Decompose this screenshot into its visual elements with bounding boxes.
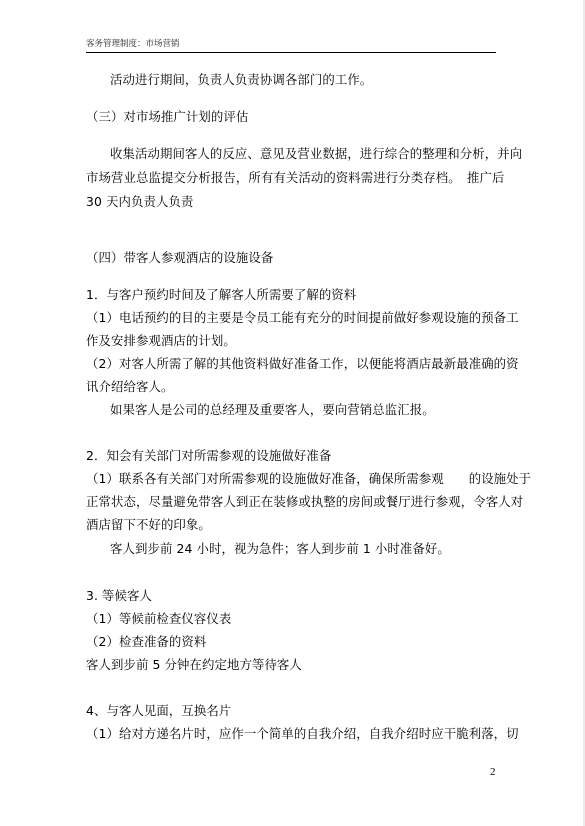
paragraph-line: 客人到步前 5 分钟在约定地方等待客人 <box>86 657 498 673</box>
paragraph-line: 客人到步前 24 小时，视为急件；客人到步前 1 小时准备好。 <box>110 541 522 557</box>
paragraph-line: 活动进行期间，负责人负责协调各部门的工作。 <box>110 72 522 88</box>
paragraph-line: 如果客人是公司的总经理及重要客人，要向营销总监汇报。 <box>110 402 522 418</box>
subsection-heading: 2．知会有关部门对所需参观的设施做好准备 <box>86 448 498 464</box>
section-heading: （三）对市场推广计划的评估 <box>86 109 498 125</box>
paragraph-line: 正常状态，尽量避免带客人到正在装修或执整的房间或餐厅进行参观，令客人对 <box>86 494 498 510</box>
subsection-heading: 1．与客户预约时间及了解客人所需要了解的资料 <box>86 287 498 303</box>
page-number: 2 <box>490 766 496 778</box>
paragraph-line: 作及安排参观酒店的计划。 <box>86 333 498 349</box>
paragraph-line: 30 天内负责人负责 <box>86 194 498 210</box>
paragraph-line: （1）电话预约的目的主要是令员工能有充分的时间提前做好参观设施的预备工 <box>86 310 498 326</box>
paragraph-line: 讯介绍给客人。 <box>86 379 498 395</box>
paragraph-line: （1）联系各有关部门对所需参观的设施做好准备，确保所需参观 的设施处于 <box>86 471 498 487</box>
section-heading: （四）带客人参观酒店的设施设备 <box>86 250 498 266</box>
page-header: 客务管理制度：市场营销 <box>86 38 496 53</box>
paragraph-line: 收集活动期间客人的反应、意见及营业数据，进行综合的整理和分析，并向 <box>110 146 522 162</box>
paragraph-line: （2）对客人所需了解的其他资料做好准备工作，以便能将酒店最新最准确的资 <box>86 356 498 372</box>
paragraph-line: （1）给对方递名片时，应作一个简单的自我介绍，自我介绍时应干脆利落，切 <box>86 726 498 742</box>
paragraph-line: 市场营业总监提交分析报告，所有有关活动的资料需进行分类存档。 推广后 <box>86 170 498 186</box>
subsection-heading: 4、与客人见面，互换名片 <box>86 703 498 719</box>
paragraph-line: 酒店留下不好的印象。 <box>86 517 498 533</box>
paragraph-line: （2）检查准备的资料 <box>86 634 498 650</box>
subsection-heading: 3. 等候客人 <box>86 588 498 604</box>
paragraph-line: （1）等候前检查仪容仪表 <box>86 611 498 627</box>
